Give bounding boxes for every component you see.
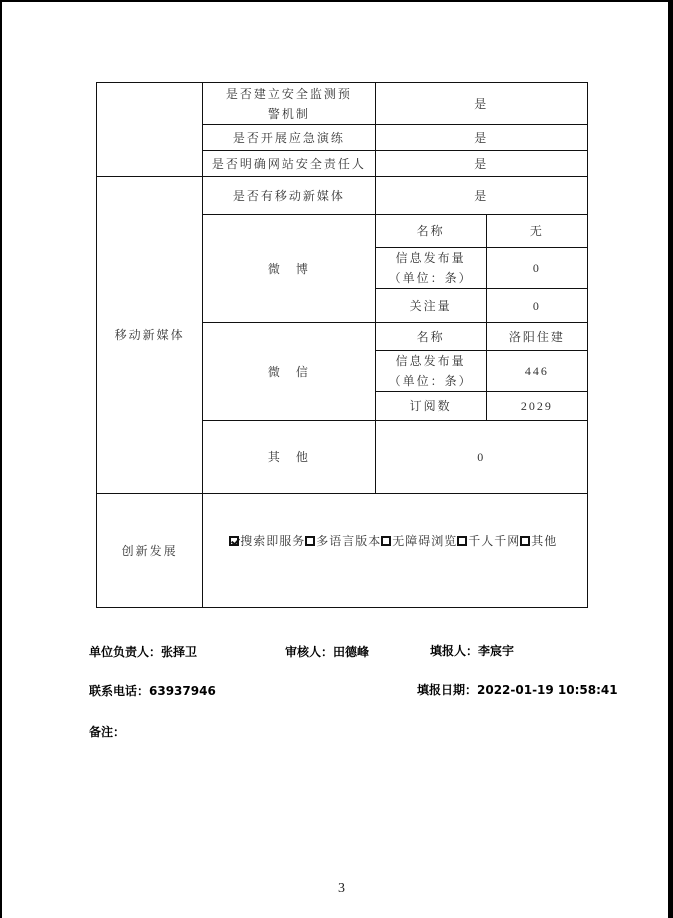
innovation-section-label: 创新发展 xyxy=(97,494,203,608)
has-media-label: 是否有移动新媒体 xyxy=(203,177,375,215)
weibo-posts-value: 0 xyxy=(486,248,587,289)
report-table: 是否建立安全监测预警机制 是 是否开展应急演练 是 是否明确网站安全责任人 是 … xyxy=(96,82,588,608)
security-section-cell xyxy=(97,83,203,177)
remarks: 备注： xyxy=(89,723,125,740)
drill-value: 是 xyxy=(375,125,587,151)
other-media-value: 0 xyxy=(375,421,587,494)
wechat-name-value: 洛阳住建 xyxy=(486,323,587,351)
has-media-value: 是 xyxy=(375,177,587,215)
table-row: 创新发展 搜索即服务 多语言版本 无障碍浏览 千人千网 其他 xyxy=(97,494,588,608)
page-number: 3 xyxy=(338,881,345,897)
reviewer: 审核人：田德峰 xyxy=(285,643,369,660)
weibo-followers-value: 0 xyxy=(486,289,587,323)
wechat-subscribers-label: 订阅数 xyxy=(375,392,486,421)
option-multilingual: 多语言版本 xyxy=(316,531,381,551)
drill-label: 是否开展应急演练 xyxy=(203,125,375,151)
responsible-value: 是 xyxy=(375,151,587,177)
wechat-label: 微 信 xyxy=(203,323,375,421)
wechat-posts-value: 446 xyxy=(486,351,587,392)
weibo-posts-label: 信息发布量 （单位：条） xyxy=(375,248,486,289)
weibo-name-value: 无 xyxy=(486,215,587,248)
table-row: 移动新媒体 是否有移动新媒体 是 xyxy=(97,177,588,215)
wechat-posts-label-line2: （单位：条） xyxy=(376,371,486,391)
mobile-media-section-label: 移动新媒体 xyxy=(97,177,203,494)
weibo-posts-label-line1: 信息发布量 xyxy=(376,248,486,268)
weibo-followers-label: 关注量 xyxy=(375,289,486,323)
monitor-label: 是否建立安全监测预警机制 xyxy=(203,83,375,125)
weibo-name-label: 名称 xyxy=(375,215,486,248)
weibo-label: 微 博 xyxy=(203,215,375,323)
contact-phone: 联系电话：63937946 xyxy=(89,682,216,699)
option-accessibility: 无障碍浏览 xyxy=(392,531,457,551)
option-search-service: 搜索即服务 xyxy=(240,531,305,551)
responsible-label: 是否明确网站安全责任人 xyxy=(203,151,375,177)
checkbox-icon[interactable] xyxy=(305,536,315,546)
option-other: 其他 xyxy=(531,531,557,551)
table-row: 是否建立安全监测预警机制 是 xyxy=(97,83,588,125)
wechat-posts-label: 信息发布量 （单位：条） xyxy=(375,351,486,392)
other-media-label: 其 他 xyxy=(203,421,375,494)
checkbox-checked-icon[interactable] xyxy=(229,536,239,546)
wechat-subscribers-value: 2029 xyxy=(486,392,587,421)
wechat-posts-label-line1: 信息发布量 xyxy=(376,351,486,371)
monitor-value: 是 xyxy=(375,83,587,125)
option-personalized: 千人千网 xyxy=(468,531,520,551)
innovation-options-cell: 搜索即服务 多语言版本 无障碍浏览 千人千网 其他 xyxy=(203,494,588,608)
fill-date: 填报日期：2022-01-19 10:58:41 xyxy=(417,681,618,698)
checkbox-icon[interactable] xyxy=(520,536,530,546)
innovation-options: 搜索即服务 多语言版本 无障碍浏览 千人千网 其他 xyxy=(203,494,587,551)
weibo-posts-label-line2: （单位：条） xyxy=(376,268,486,288)
checkbox-icon[interactable] xyxy=(457,536,467,546)
checkbox-icon[interactable] xyxy=(381,536,391,546)
page-edge-shadow xyxy=(668,0,673,918)
unit-head: 单位负责人：张择卫 xyxy=(89,643,197,660)
wechat-name-label: 名称 xyxy=(375,323,486,351)
filler: 填报人：李宸宇 xyxy=(430,642,514,659)
